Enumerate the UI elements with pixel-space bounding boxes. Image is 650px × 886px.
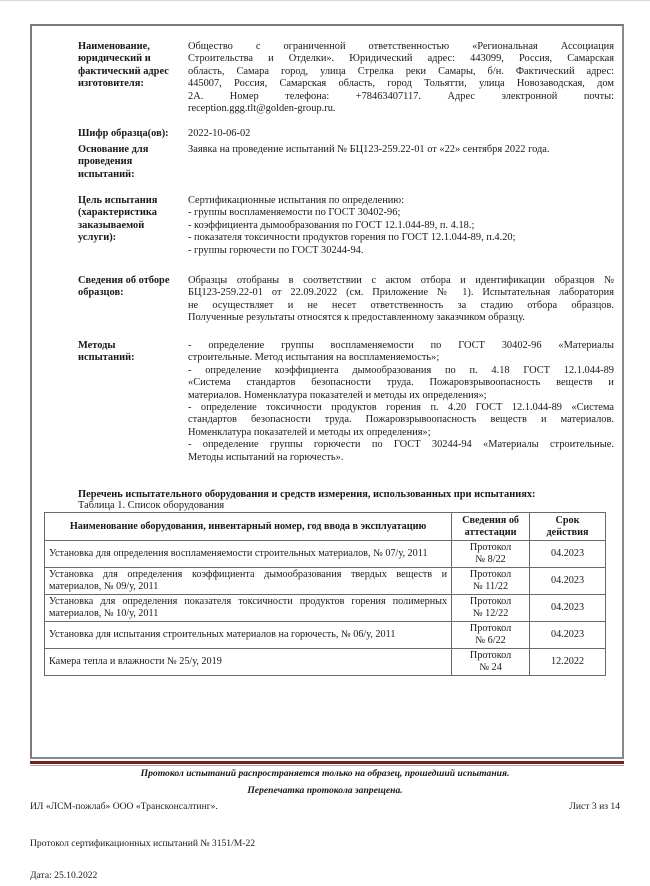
label-line: заказываемой [78, 220, 188, 232]
header-validity: Срок действия [530, 513, 606, 541]
label-line: испытаний: [78, 352, 188, 364]
table-row: Установка для испытания строительных мат… [45, 622, 606, 649]
field-value: - определение группы воспламеняемости по… [188, 340, 614, 464]
attestation-cell: Протокол№ 6/22 [452, 622, 530, 649]
table-row: Установка для определения показателя ток… [45, 595, 606, 622]
attestation-line: № 12/22 [456, 608, 525, 620]
label-line: юридический и [78, 53, 188, 65]
header-attestation: Сведения об аттестации [452, 513, 530, 541]
attestation-line: № 8/22 [456, 554, 525, 566]
protocol-date: Дата: 25.10.2022 [30, 870, 97, 881]
table-row: Установка для определения коэффициента д… [45, 568, 606, 595]
field-label: Сведения об отборе образцов: [78, 275, 188, 300]
attestation-cell: Протокол№ 11/22 [452, 568, 530, 595]
equipment-name: Камера тепла и влажности № 25/у, 2019 [45, 649, 452, 676]
value-line: Общество с ограниченной ответственностью… [188, 41, 614, 53]
value-line: - коэффициента дымообразования по ГОСТ 1… [188, 220, 614, 232]
equipment-section-title: Перечень испытательного оборудования и с… [78, 489, 535, 500]
attestation-line: Протокол [456, 623, 525, 635]
reprint-notice: Перепечатка протокола запрещена. [0, 785, 650, 796]
lab-name: ИЛ «ЛСМ-пожлаб» ООО «Трансконсалтинг». [30, 801, 218, 812]
label-line: проведения [78, 156, 188, 168]
attestation-cell: Протокол№ 24 [452, 649, 530, 676]
value-line: - группы воспламеняемости по ГОСТ 30402-… [188, 207, 614, 219]
equipment-name: Установка для испытания строительных мат… [45, 622, 452, 649]
label-line: Сведения об отборе [78, 275, 188, 287]
value-line: строительные. Метод испытания на восплам… [188, 352, 614, 364]
sheet-number: Лист 3 из 14 [569, 801, 620, 812]
attestation-cell: Протокол№ 8/22 [452, 541, 530, 568]
header-line: действия [534, 527, 601, 539]
field-value: Общество с ограниченной ответственностью… [188, 41, 614, 115]
email-value: reception.ggg.tlt@golden-group.ru. [188, 103, 614, 115]
validity-cell: 04.2023 [530, 622, 606, 649]
header-equipment-name: Наименование оборудования, инвентарный н… [45, 513, 452, 541]
value-line: Образцы отобраны в соответствии с актом … [188, 275, 614, 287]
validity-cell: 04.2023 [530, 568, 606, 595]
footer-rule-shadow [30, 765, 624, 766]
attestation-line: Протокол [456, 542, 525, 554]
value-line: 445007, Россия, Самарская область, город… [188, 78, 614, 90]
validity-cell: 04.2023 [530, 541, 606, 568]
field-value: 2022-10-06-02 [188, 128, 614, 140]
value-line: - группы горючести по ГОСТ 30244-94. [188, 245, 614, 257]
equipment-name: Установка для определения коэффициента д… [45, 568, 452, 595]
label-line: испытаний: [78, 169, 188, 181]
table-row: Установка для определения воспламеняемос… [45, 541, 606, 568]
field-label: Основание для проведения испытаний: [78, 144, 188, 181]
equipment-name: Установка для определения показателя ток… [45, 595, 452, 622]
validity-cell: 04.2023 [530, 595, 606, 622]
attestation-line: № 6/22 [456, 635, 525, 647]
field-label: Шифр образца(ов): [78, 128, 188, 140]
label-line: Наименование, [78, 41, 188, 53]
table-header-row: Наименование оборудования, инвентарный н… [45, 513, 606, 541]
table-caption: Таблица 1. Список оборудования [78, 500, 224, 511]
field-label: Цель испытания (характеристика заказывае… [78, 195, 188, 245]
value-line: Полученные результаты относятся к предос… [188, 312, 614, 324]
label-line: образцов: [78, 287, 188, 299]
equipment-name: Установка для определения воспламеняемос… [45, 541, 452, 568]
attestation-line: Протокол [456, 569, 525, 581]
value-line: Номенклатура показателей и методы их опр… [188, 427, 614, 439]
value-line: Строительства и Отделки». Юридический ад… [188, 53, 614, 65]
value-line: - определение группы воспламеняемости по… [188, 340, 614, 352]
label-line: Цель испытания [78, 195, 188, 207]
attestation-line: Протокол [456, 650, 525, 662]
field-value: Заявка на проведение испытаний № БЦ123-2… [188, 144, 614, 156]
value-line: стандартов безопасности труда. Пожаровзр… [188, 414, 614, 426]
header-line: Сведения об [456, 515, 525, 527]
value-line: 2А. Номер телефона: +78463407117. Адрес … [188, 91, 614, 103]
value-line: материалов. Номенклатура показателей и м… [188, 390, 614, 402]
protocol-number: Протокол сертификационных испытаний № 31… [30, 838, 255, 849]
attestation-cell: Протокол№ 12/22 [452, 595, 530, 622]
attestation-line: № 24 [456, 662, 525, 674]
value-line: - показателя токсичности продуктов горен… [188, 232, 614, 244]
distribution-notice: Протокол испытаний распространяется толь… [0, 768, 650, 779]
validity-cell: 12.2022 [530, 649, 606, 676]
label-line: Основание для [78, 144, 188, 156]
footer-rule [30, 761, 624, 764]
value-line: - определение коэффициента дымообразован… [188, 365, 614, 377]
value-line: область, Самара город, улица Стрелка рек… [188, 66, 614, 78]
value-line: Сертификационные испытания по определени… [188, 195, 614, 207]
field-value: Образцы отобраны в соответствии с актом … [188, 275, 614, 325]
page-top-edge [0, 0, 650, 1]
value-line: БЦ123-259.22-01 от 22.09.2022 (см. Прило… [188, 287, 614, 299]
label-line: Методы [78, 340, 188, 352]
attestation-line: Протокол [456, 596, 525, 608]
header-line: Срок [534, 515, 601, 527]
field-label: Наименование, юридический и фактический … [78, 41, 188, 91]
value-line: - определение токсичности продуктов горе… [188, 402, 614, 414]
value-line: «Система стандартов безопасности труда. … [188, 377, 614, 389]
value-line: - определение группы горючести по ГОСТ 3… [188, 439, 614, 451]
field-value: Сертификационные испытания по определени… [188, 195, 614, 257]
table-row: Камера тепла и влажности № 25/у, 2019Про… [45, 649, 606, 676]
field-label: Методы испытаний: [78, 340, 188, 365]
label-line: услуги): [78, 232, 188, 244]
value-line: не осуществляет и не несет ответственнос… [188, 300, 614, 312]
value-line: Методы испытаний на горючесть». [188, 452, 614, 464]
label-line: фактический адрес [78, 66, 188, 78]
label-line: изготовителя: [78, 78, 188, 90]
equipment-table: Наименование оборудования, инвентарный н… [44, 512, 606, 676]
header-line: аттестации [456, 527, 525, 539]
attestation-line: № 11/22 [456, 581, 525, 593]
label-line: (характеристика [78, 207, 188, 219]
